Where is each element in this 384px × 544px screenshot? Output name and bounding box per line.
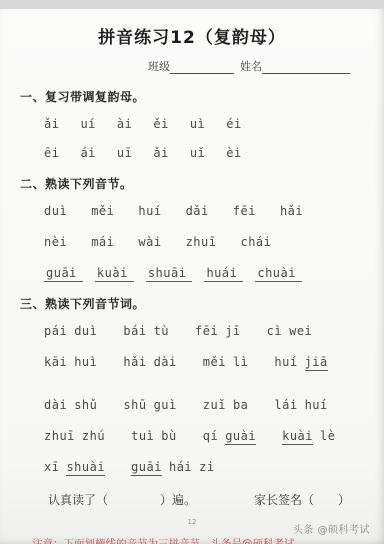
watermark: 头条 @硕科考试 — [293, 521, 370, 536]
section-2: 二、熟读下列音节。 duìměihuídǎifēihǎinèimáiwàizhu… — [20, 175, 364, 281]
syllable: ba — [233, 398, 248, 412]
syllable: lè — [320, 429, 335, 443]
syllable-word: zhuīzhú — [44, 425, 105, 444]
syllable-word: měilì — [203, 351, 249, 370]
syllable: shū — [123, 398, 146, 412]
syllable: duì — [74, 324, 97, 338]
pinyin-row: kāihuìhǎidàiměilìhuíjiā — [44, 351, 364, 370]
pinyin-row: ēiáiuīǎiuǐèi — [44, 142, 364, 161]
syllable: ái — [80, 146, 95, 160]
syllable: ǎi — [153, 146, 168, 160]
syllable-word: chuài — [255, 262, 302, 281]
syllable: huí — [274, 355, 297, 369]
syllable: wei — [289, 324, 312, 338]
syllable-word: xīshuài — [44, 456, 105, 475]
syllable-word: dàishǔ — [44, 394, 97, 413]
syllable-word: báitù — [123, 320, 169, 339]
syllable: éi — [226, 117, 241, 131]
syllable: zuǐ — [203, 398, 226, 412]
syllable: uì — [190, 117, 205, 131]
syllable-word: hǎidài — [123, 351, 176, 370]
syllable-word: tuìbù — [131, 425, 177, 444]
syllable-word: hǎi — [280, 200, 303, 219]
syllable: guì — [154, 398, 177, 412]
syllable-word: mái — [91, 231, 114, 250]
syllable-word: uǐ — [190, 142, 205, 161]
syllable: lì — [233, 355, 248, 369]
syllable: wài — [138, 235, 161, 249]
syllable: nèi — [44, 235, 67, 249]
syllable: hǎi — [123, 355, 146, 369]
syllable-word: zhuī — [186, 231, 217, 250]
pinyin-row: zhuīzhútuìbùqíguàikuàilè — [44, 425, 364, 444]
syllable: měi — [91, 204, 114, 218]
syllable-underlined: guāi — [131, 460, 162, 476]
syllable: uí — [80, 117, 95, 131]
syllable: bái — [123, 324, 146, 338]
syllable-underlined: jiā — [305, 355, 328, 371]
syllable-underlined: kuài — [282, 429, 313, 445]
read-count-suffix: ）遍。 — [160, 491, 196, 508]
syllable: zi — [199, 460, 214, 474]
syllable: jī — [225, 324, 240, 338]
syllable: dǎi — [186, 204, 209, 218]
syllable-word: nèi — [44, 231, 67, 250]
syllable-word: guāi — [44, 262, 83, 281]
syllable-word: ǎi — [44, 113, 59, 132]
syllable: cì — [267, 324, 282, 338]
syllable: zhuī — [44, 429, 75, 443]
section-1: 一、复习带调复韵母。 ǎiuíàiěiuìéiēiáiuīǎiuǐèi — [20, 88, 364, 161]
syllable: huí — [138, 204, 161, 218]
syllable-word: éi — [226, 113, 241, 132]
section-3-rows: páiduìbáitùfēijīcìweikāihuìhǎidàiměilìhu… — [20, 320, 364, 475]
syllable-word: qíguài — [203, 425, 256, 444]
section-2-heading: 二、熟读下列音节。 — [20, 175, 364, 192]
pinyin-row: dàishǔshūguìzuǐbaláihuí — [44, 394, 364, 413]
syllable-word: huíjiā — [274, 351, 327, 370]
close-paren: ） — [338, 491, 350, 508]
worksheet-page: 拼音练习12（复韵母） 班级姓名 一、复习带调复韵母。 ǎiuíàiěiuìéi… — [0, 9, 384, 544]
syllable: lái — [274, 398, 297, 412]
parent-signature-label: 家长签名（ — [254, 491, 314, 508]
syllable: hái — [169, 460, 192, 474]
syllable: zhuī — [186, 235, 217, 249]
syllable-word: ēi — [44, 142, 59, 161]
syllable-word: uì — [190, 113, 205, 132]
syllable: tuì — [131, 429, 154, 443]
syllable: bù — [161, 429, 176, 443]
syllable-word: cìwei — [267, 320, 313, 339]
syllable: uǐ — [190, 146, 205, 160]
syllable-word: shūguì — [123, 394, 176, 413]
syllable: shǔ — [74, 398, 97, 412]
syllable: mái — [91, 235, 114, 249]
syllable-word: zuǐba — [203, 394, 249, 413]
syllable-word: uī — [117, 142, 132, 161]
section-3: 三、熟读下列音节词。 páiduìbáitùfēijīcìweikāihuìhǎ… — [20, 295, 364, 475]
read-count-line: 认真读了（ ）遍。 家长签名（ ） — [20, 491, 364, 508]
section-3-heading: 三、熟读下列音节词。 — [20, 295, 364, 312]
pinyin-row: duìměihuídǎifēihǎi — [44, 200, 364, 219]
syllable-underlined: chuài — [255, 266, 302, 282]
name-label: 姓名 — [240, 60, 262, 73]
syllable-word: chái — [240, 231, 271, 250]
syllable: měi — [203, 355, 226, 369]
page-footer: 12 头条 @硕科考试 — [0, 518, 384, 534]
syllable: chái — [240, 235, 271, 249]
syllable: dài — [154, 355, 177, 369]
syllable: èi — [226, 146, 241, 160]
syllable: huí — [305, 398, 328, 412]
syllable-word: dǎi — [186, 200, 209, 219]
syllable: xī — [44, 460, 59, 474]
red-note: 注意：下面划横线的音节为三拼音节。头条号@硕科考试 — [20, 536, 364, 544]
syllable-word: páiduì — [44, 320, 97, 339]
syllable-word: guāiháizi — [131, 456, 215, 475]
syllable-word: wài — [138, 231, 161, 250]
syllable-word: fēi — [233, 200, 256, 219]
name-blank — [262, 63, 350, 74]
syllable-underlined: shuāi — [146, 266, 193, 282]
red-note-main: 注意：下面划横线的音节为三拼音节。 — [32, 538, 211, 544]
syllable-underlined: kuài — [95, 266, 134, 282]
red-note-suffix: 头条号@硕科考试 — [211, 538, 295, 544]
syllable-word: ài — [117, 113, 132, 132]
syllable: pái — [44, 324, 67, 338]
syllable-underlined: guāi — [44, 266, 83, 282]
section-1-heading: 一、复习带调复韵母。 — [20, 88, 364, 105]
syllable-word: uí — [80, 113, 95, 132]
syllable: fēi — [195, 324, 218, 338]
syllable-word: èi — [226, 142, 241, 161]
syllable-word: kuàilè — [282, 425, 335, 444]
section-2-rows: duìměihuídǎifēihǎinèimáiwàizhuīcháiguāik… — [20, 200, 364, 281]
pinyin-row: nèimáiwàizhuīchái — [44, 231, 364, 250]
syllable-word: shuāi — [146, 262, 193, 281]
syllable: kāi — [44, 355, 67, 369]
syllable-word: ǎi — [153, 142, 168, 161]
syllable: zhú — [82, 429, 105, 443]
class-label: 班级 — [148, 60, 170, 73]
read-count-prefix: 认真读了（ — [48, 491, 108, 508]
syllable: ěi — [153, 117, 168, 131]
pinyin-row: páiduìbáitùfēijīcìwei — [44, 320, 364, 339]
syllable: huì — [74, 355, 97, 369]
syllable-word: duì — [44, 200, 67, 219]
class-blank — [170, 63, 234, 74]
syllable-word: ěi — [153, 113, 168, 132]
syllable: qí — [203, 429, 218, 443]
syllable-word: huái — [204, 262, 243, 281]
syllable: uī — [117, 146, 132, 160]
syllable: ài — [117, 117, 132, 131]
syllable-word: huí — [138, 200, 161, 219]
syllable-underlined: shuài — [66, 460, 105, 476]
page-title: 拼音练习12（复韵母） — [20, 23, 364, 48]
syllable: fēi — [233, 204, 256, 218]
syllable-underlined: huái — [204, 266, 243, 282]
class-name-line: 班级姓名 — [20, 58, 364, 74]
pinyin-row: guāikuàishuāihuáichuài — [44, 262, 364, 281]
syllable-word: fēijī — [195, 320, 241, 339]
syllable: hǎi — [280, 204, 303, 218]
syllable: dài — [44, 398, 67, 412]
section-1-rows: ǎiuíàiěiuìéiēiáiuīǎiuǐèi — [20, 113, 364, 161]
syllable-underlined: guài — [225, 429, 256, 445]
syllable: ēi — [44, 146, 59, 160]
pinyin-row: ǎiuíàiěiuìéi — [44, 113, 364, 132]
syllable: tù — [154, 324, 169, 338]
syllable-word: ái — [80, 142, 95, 161]
syllable-word: láihuí — [274, 394, 327, 413]
worksheet-photo: 拼音练习12（复韵母） 班级姓名 一、复习带调复韵母。 ǎiuíàiěiuìéi… — [0, 0, 384, 544]
syllable-word: kuài — [95, 262, 134, 281]
syllable-word: měi — [91, 200, 114, 219]
syllable: duì — [44, 204, 67, 218]
syllable: ǎi — [44, 117, 59, 131]
syllable-word: kāihuì — [44, 351, 97, 370]
pinyin-row: xīshuàiguāiháizi — [44, 456, 364, 475]
